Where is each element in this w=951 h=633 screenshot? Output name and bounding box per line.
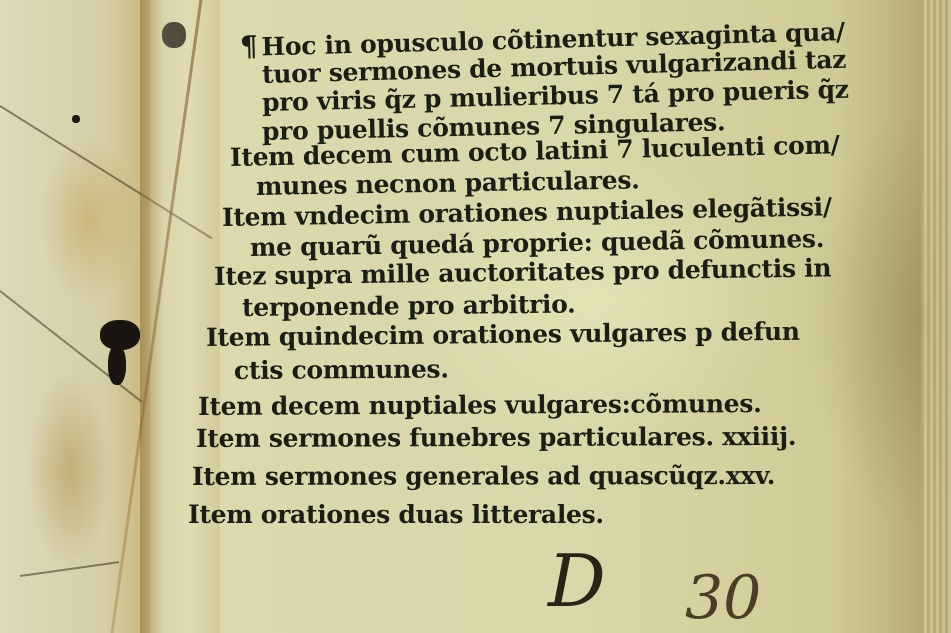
text-line-13: Item decem nuptiales vulgares:cõmunes.	[198, 389, 762, 421]
text-line-6: munes necnon particulares.	[256, 165, 640, 201]
handwritten-shelf-mark: D	[548, 545, 606, 617]
handwritten-number: 30	[685, 568, 761, 628]
text-line-12: ctis communes.	[234, 355, 449, 385]
text-line-16: Item orationes duas litterales.	[188, 500, 604, 529]
text-line-10: terponende pro arbitrio.	[242, 290, 576, 322]
document-photo: ¶Hoc in opusculo cõtinentur sexaginta qu…	[0, 0, 951, 633]
text-line-11: Item quindecim orationes vulgares p defu…	[206, 317, 800, 352]
text-line-15: Item sermones generales ad quascũqz.xxv.	[192, 461, 775, 491]
printed-text-block: ¶Hoc in opusculo cõtinentur sexaginta qu…	[0, 0, 951, 633]
text-line-14: Item sermones funebres particulares. xxi…	[196, 422, 796, 453]
paragraph-mark-icon: ¶	[240, 30, 258, 63]
